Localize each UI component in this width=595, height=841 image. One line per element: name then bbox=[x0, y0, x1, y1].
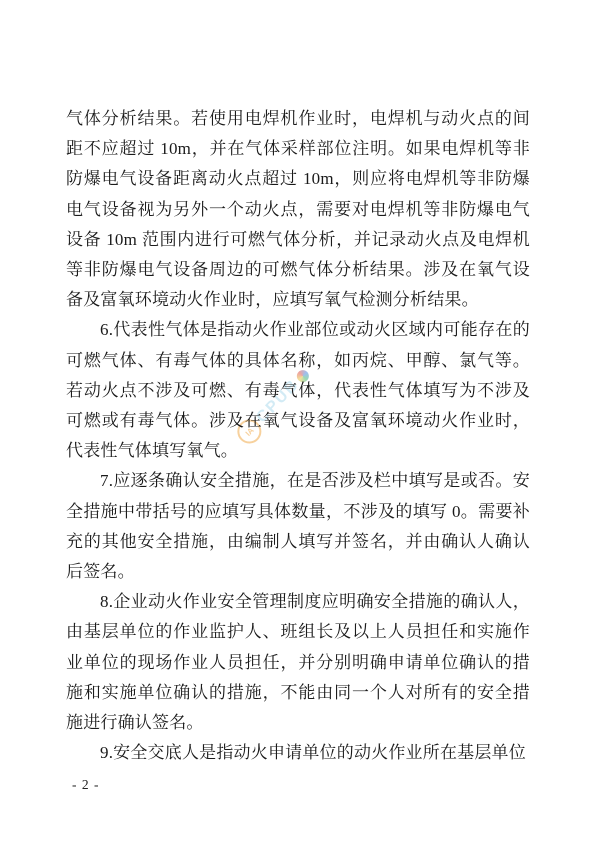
page-number: - 2 - bbox=[72, 777, 100, 793]
document-content: 气体分析结果。若使用电焊机作业时，电焊机与动火点的间距不应超过 10m，并在气体… bbox=[66, 104, 530, 768]
paragraph-item-9: 9.安全交底人是指动火申请单位的动火作业所在基层单位 bbox=[66, 738, 530, 768]
paragraph-item-8: 8.企业动火作业安全管理制度应明确安全措施的确认人，由基层单位的作业监护人、班组… bbox=[66, 587, 530, 738]
document-page: IA CPUB 气体分析结果。若使用电焊机作业时，电焊机与动火点的间距不应超过 … bbox=[0, 0, 595, 841]
paragraph-item-6: 6.代表性气体是指动火作业部位或动火区域内可能存在的可燃气体、有毒气体的具体名称… bbox=[66, 315, 530, 466]
paragraph-continuation: 气体分析结果。若使用电焊机作业时，电焊机与动火点的间距不应超过 10m，并在气体… bbox=[66, 104, 530, 315]
paragraph-item-7: 7.应逐条确认安全措施，在是否涉及栏中填写是或否。安全措施中带括号的应填写具体数… bbox=[66, 466, 530, 587]
